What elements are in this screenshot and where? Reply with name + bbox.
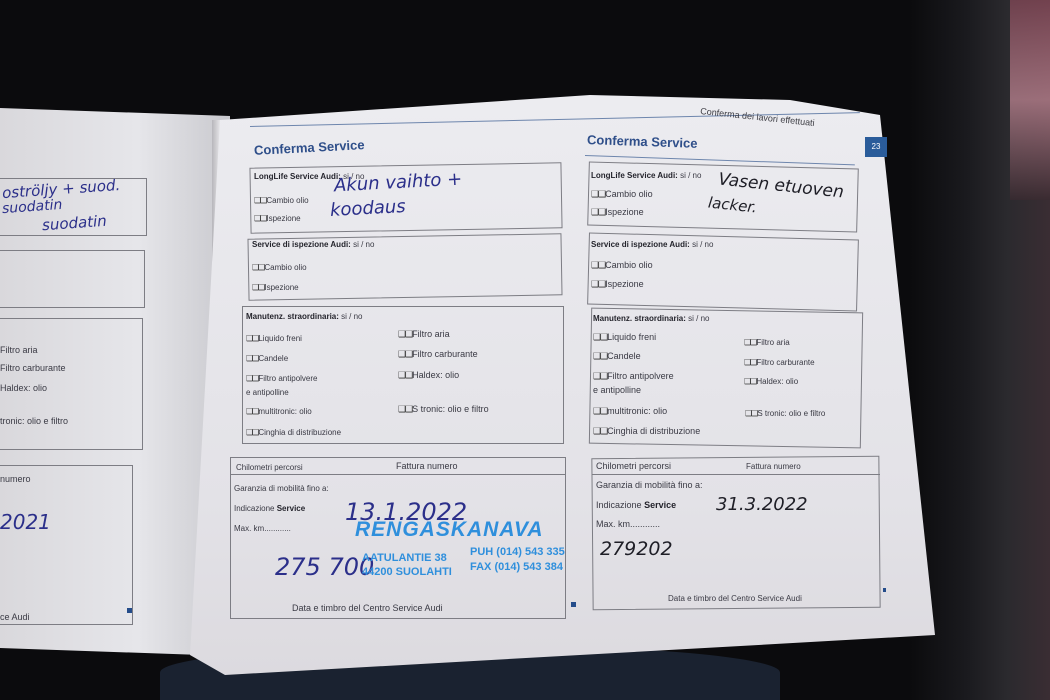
label: Indicazione <box>596 500 642 510</box>
checkbox-item: Filtro antipolvere <box>246 374 317 383</box>
yesno: si / no <box>341 312 362 321</box>
checkbox-item: Cambio olio <box>591 260 653 271</box>
checkbox-item: Ispezione <box>252 283 299 292</box>
label: Filtro aria <box>0 345 38 355</box>
checkbox-item: Haldex: olio <box>744 377 798 386</box>
checkbox-item: multitronic: olio <box>593 406 667 417</box>
label: Fattura numero <box>746 462 801 471</box>
checkbox-item-cont: e antipolline <box>246 388 289 397</box>
label: Garanzia di mobilità fino a: <box>596 480 703 490</box>
checkbox-item: Filtro aria <box>398 329 450 340</box>
checkbox-item: Filtro aria <box>744 338 790 347</box>
heading: Service di ispezione Audi: <box>591 240 690 249</box>
heading: Manutenz. straordinaria: <box>246 312 339 321</box>
page-number: 23 <box>865 137 887 157</box>
handwritten-km: 279202 <box>600 538 673 560</box>
checkbox-item: Haldex: olio <box>398 370 459 381</box>
heading: Manutenz. straordinaria: <box>593 314 686 323</box>
left-page-box-4 <box>0 465 133 625</box>
heading: LongLife Service Audi: <box>591 171 678 180</box>
label: Max. km............ <box>596 519 660 529</box>
checkbox-item: Cambio olio <box>252 263 307 272</box>
label: Fattura numero <box>396 461 458 471</box>
yesno: si / no <box>353 240 374 249</box>
label: tronic: olio e filtro <box>0 416 68 426</box>
checkbox-item: Filtro antipolvere <box>593 371 674 382</box>
checkbox-item: Filtro carburante <box>398 349 478 360</box>
label: Service <box>277 504 305 513</box>
checkbox-item: Cambio olio <box>254 196 309 205</box>
checkbox-item: Candele <box>246 354 288 363</box>
page-marker <box>127 608 132 613</box>
checkbox-item: S tronic: olio e filtro <box>745 409 825 418</box>
label: Chilometri percorsi <box>236 463 303 472</box>
checkbox-item: Cinghia di distribuzione <box>246 428 341 437</box>
handwritten-km: 275 700 <box>275 553 374 581</box>
dealer-stamp-address: AATULANTIE 38 <box>362 552 447 564</box>
signature-label: Data e timbro del Centro Service Audi <box>292 603 443 613</box>
label: ce Audi <box>0 612 30 622</box>
label: Max. km............ <box>234 524 291 533</box>
checkbox-item: Cambio olio <box>591 189 653 200</box>
checkbox-item: S tronic: olio e filtro <box>398 404 489 415</box>
dealer-stamp-phone: PUH (014) 543 335 <box>470 546 565 558</box>
checkbox-item: multitronic: olio <box>246 407 312 416</box>
label: Haldex: olio <box>0 383 47 393</box>
label: Service <box>644 500 676 510</box>
background-highlight <box>1010 0 1050 200</box>
checkbox-item: Liquido freni <box>246 334 302 343</box>
dealer-stamp-fax: FAX (014) 543 384 <box>470 561 563 573</box>
label: Indicazione <box>234 504 274 513</box>
checkbox-item: Ispezione <box>591 279 644 290</box>
checkbox-item: Ispezione <box>254 214 301 223</box>
handwritten-date: 31.3.2022 <box>716 494 808 515</box>
checkbox-item: Ispezione <box>591 207 644 218</box>
label: Garanzia di mobilità fino a: <box>234 484 329 493</box>
page-marker <box>883 588 886 592</box>
signature-label: Data e timbro del Centro Service Audi <box>668 594 802 603</box>
page-marker <box>571 602 576 607</box>
checkbox-item-cont: e antipolline <box>593 385 641 395</box>
checkbox-item: Filtro carburante <box>744 358 815 367</box>
yesno: si / no <box>680 171 701 180</box>
left-page-box-2 <box>0 250 145 308</box>
dealer-stamp-name: RENGASKANAVA <box>355 518 544 542</box>
yesno: si / no <box>692 240 713 249</box>
handwriting-date: 2021 <box>0 510 51 534</box>
yesno: si / no <box>688 314 709 323</box>
footer-box <box>591 456 880 611</box>
heading: Service di ispezione Audi: <box>252 240 351 249</box>
checkbox-item: Candele <box>593 351 641 362</box>
label: Filtro carburante <box>0 363 66 373</box>
label: Chilometri percorsi <box>596 461 671 471</box>
dealer-stamp-address: 44200 SUOLAHTI <box>362 566 452 578</box>
label: numero <box>0 474 31 484</box>
handwriting: koodaus <box>330 196 407 221</box>
checkbox-item: Cinghia di distribuzione <box>593 426 700 437</box>
heading: LongLife Service Audi: <box>254 172 341 181</box>
checkbox-item: Liquido freni <box>593 332 656 343</box>
